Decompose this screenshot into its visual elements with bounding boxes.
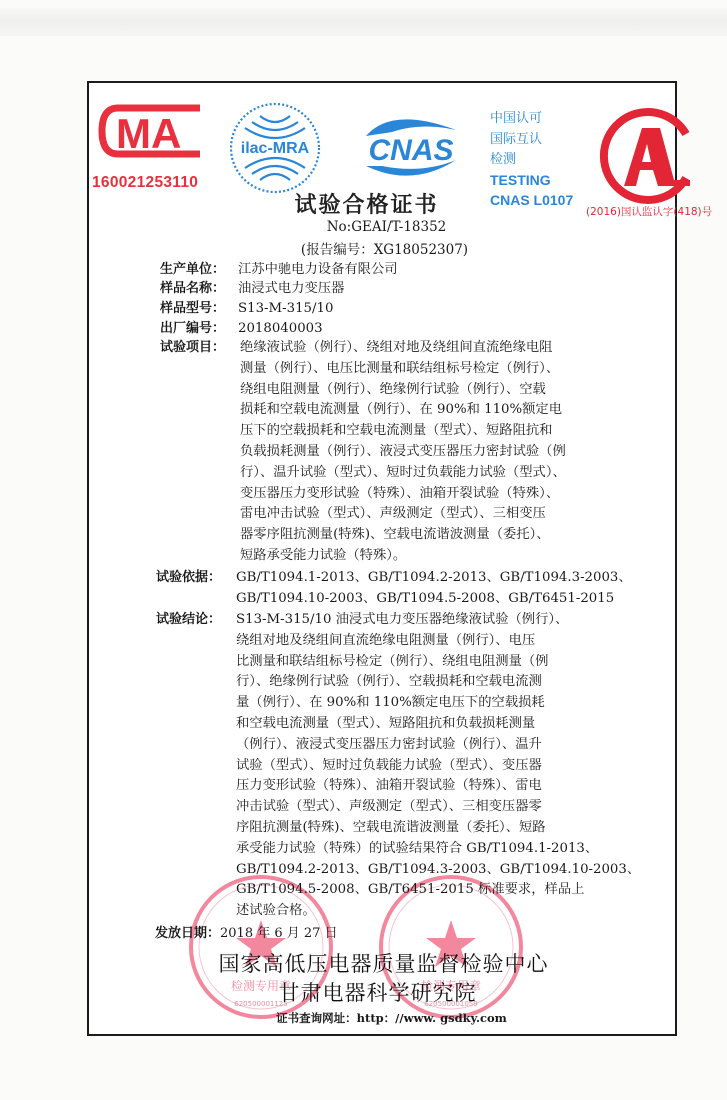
text-line: 量（例行）、在 90%和 110%额定电压下的空载损耗 — [236, 693, 640, 714]
cma-logo-icon: MA — [96, 100, 214, 162]
text-line: 试验（型式）、短时过负载能力试验（型式）、变压器 — [236, 756, 640, 777]
field-serial-number: 出厂编号：2018040003 — [160, 319, 323, 338]
text-line: （例行）、液浸式变压器压力密封试验（例行）、温升 — [236, 735, 640, 756]
issuer-org-primary: 国家高低压电器质量监督检验中心 — [0, 948, 727, 978]
accreditation-line: TESTING — [490, 170, 573, 191]
test-items-text: 绝缘液试验（例行）、绕组对地及绕组间直流绝缘电阻 测量（例行）、电压比测量和联结… — [240, 338, 566, 567]
scan-artifact-band — [0, 8, 727, 36]
text-line: 述试验合格。 — [236, 901, 640, 922]
test-basis-text: GB/T1094.1-2013、GB/T1094.2-2013、GB/T1094… — [236, 568, 632, 610]
text-line: 压力变形试验（特殊）、油箱开裂试验（特殊）、雷电 — [236, 776, 640, 797]
page-title: 试验合格证书 — [0, 188, 727, 219]
text-line: 短路承受能力试验（特殊）。 — [240, 546, 566, 567]
field-label: 生产单位： — [160, 260, 238, 279]
query-url-link[interactable]: http：//www. gsdky.com — [357, 1011, 507, 1025]
conclusion-label: 试验结论： — [156, 610, 221, 631]
conclusion-text: S13-M-315/10 油浸式电力变压器绝缘液试验（例行）、 绕组对地及绕组间… — [236, 610, 640, 922]
text-line: 测量（例行）、电压比测量和联结组标号检定（例行）、 — [240, 359, 566, 380]
certificate-query-url: 证书查询网址：http：//www. gsdky.com — [0, 1010, 727, 1026]
text-line: 变压器压力变形试验（特殊）、油箱开裂试验（特殊）、 — [240, 484, 566, 505]
accreditation-line: 中国认可 — [490, 108, 573, 129]
text-line: 损耗和空载电流测量（例行）、在 90%和 110%额定电 — [240, 400, 566, 421]
issue-date: 发放日期：2018 年 6 月 27 日 — [155, 922, 338, 941]
text-line: 行）、温升试验（型式）、短时过负载能力试验（型式）、 — [240, 463, 566, 484]
text-line: 雷电冲击试验（型式）、声级测定（型式）、三相变压 — [240, 504, 566, 525]
text-line: 序阻抗测量(特殊)、空载电流谐波测量（委托）、短路 — [236, 818, 640, 839]
test-items-label: 试验项目： — [160, 338, 225, 359]
svg-text:CNAS: CNAS — [368, 134, 453, 167]
field-value: 江苏中驰电力设备有限公司 — [238, 262, 398, 277]
text-line: 行）、绝缘例行试验（例行）、空载损耗和空载电流测 — [236, 672, 640, 693]
text-line: GB/T1094.5-2008、GB/T6451-2015 标准要求，样品上 — [236, 880, 640, 901]
report-number: (报告编号：XG18052307) — [0, 238, 727, 258]
ilac-mra-logo-icon: ilac-MRA — [222, 100, 328, 196]
text-line: 承受能力试验（特殊）的试验结果符合 GB/T1094.1-2013、 — [236, 839, 640, 860]
text-line: GB/T1094.2-2013、GB/T1094.3-2003、GB/T1094… — [236, 860, 640, 881]
field-value: S13-M-315/10 — [238, 301, 333, 316]
text-line: 和空载电流测量（型式）、短路阻抗和负载损耗测量 — [236, 714, 640, 735]
accreditation-line: 国际互认 — [490, 129, 573, 150]
issue-date-value: 2018 年 6 月 27 日 — [220, 926, 338, 941]
text-line: 冲击试验（型式）、声级测定（型式）、三相变压器零 — [236, 797, 640, 818]
text-line: GB/T1094.10-2003、GB/T1094.5-2008、GB/T645… — [236, 589, 632, 610]
svg-text:ilac-MRA: ilac-MRA — [241, 140, 310, 157]
field-value: 油浸式电力变压器 — [238, 281, 344, 296]
svg-text:MA: MA — [116, 110, 181, 157]
field-label: 样品型号： — [160, 299, 238, 318]
text-line: 绕组对地及绕组间直流绝缘电阻测量（例行）、电压 — [236, 631, 640, 652]
field-label: 样品名称： — [160, 279, 238, 298]
test-basis-label: 试验依据： — [156, 568, 221, 589]
certificate-number: No:GEAI/T-18352 — [0, 219, 727, 235]
text-line: GB/T1094.1-2013、GB/T1094.2-2013、GB/T1094… — [236, 568, 632, 589]
accreditation-line: 检测 — [490, 149, 573, 170]
field-sample-model: 样品型号：S13-M-315/10 — [160, 299, 333, 318]
text-line: 压下的空载损耗和空载电流测量（型式）、短路阻抗和 — [240, 421, 566, 442]
issuer-org-secondary: 甘肃电器科学研究院 — [0, 977, 727, 1007]
text-line: 绝缘液试验（例行）、绕组对地及绕组间直流绝缘电阻 — [240, 338, 566, 359]
field-label: 出厂编号： — [160, 319, 238, 338]
text-line: 绕组电阻测量（例行）、绝缘例行试验（例行）、空载 — [240, 380, 566, 401]
field-value: 2018040003 — [238, 321, 323, 336]
query-label: 证书查询网址： — [276, 1011, 357, 1025]
text-line: 负载损耗测量（例行）、液浸式变压器压力密封试验（例 — [240, 442, 566, 463]
field-manufacturer: 生产单位：江苏中驰电力设备有限公司 — [160, 260, 398, 279]
text-line: 器零序阻抗测量(特殊)、空载电流谐波测量（委托）、 — [240, 525, 566, 546]
cnas-logo-icon: CNAS — [352, 108, 470, 184]
issue-date-label: 发放日期： — [155, 926, 220, 941]
text-line: S13-M-315/10 油浸式电力变压器绝缘液试验（例行）、 — [236, 610, 640, 631]
field-sample-name: 样品名称：油浸式电力变压器 — [160, 279, 344, 298]
text-line: 比测量和联结组标号检定（例行）、绕组电阻测量（例 — [236, 652, 640, 673]
